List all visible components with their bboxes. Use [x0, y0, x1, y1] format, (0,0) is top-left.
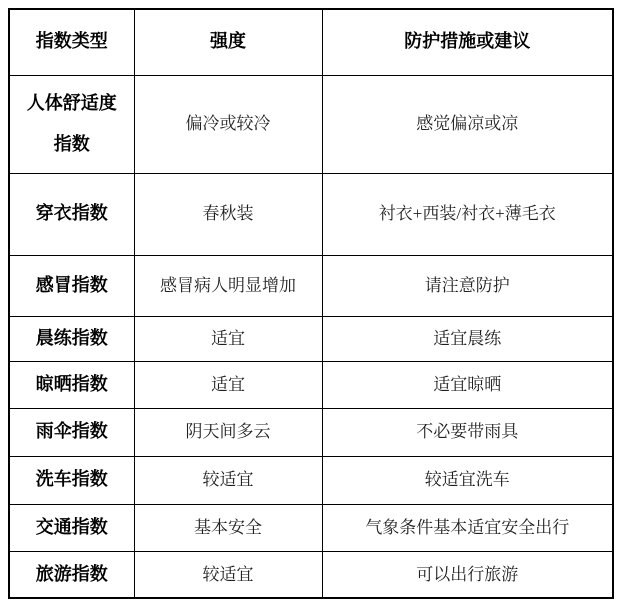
table-row: 晨练指数适宜适宜晨练 [9, 316, 613, 361]
advice-cell: 可以出行旅游 [322, 551, 613, 598]
strength-cell: 较适宜 [134, 456, 322, 504]
strength-cell: 春秋装 [134, 173, 322, 255]
index-type-cell: 雨伞指数 [9, 408, 134, 456]
index-type-cell: 穿衣指数 [9, 173, 134, 255]
table-row: 洗车指数较适宜较适宜洗车 [9, 456, 613, 504]
header-strength: 强度 [134, 9, 322, 75]
table-row: 旅游指数较适宜可以出行旅游 [9, 551, 613, 598]
index-type-cell: 交通指数 [9, 504, 134, 551]
index-type-cell: 旅游指数 [9, 551, 134, 598]
strength-cell: 阴天间多云 [134, 408, 322, 456]
advice-cell: 适宜晨练 [322, 316, 613, 361]
advice-cell: 适宜晾晒 [322, 361, 613, 408]
advice-cell: 较适宜洗车 [322, 456, 613, 504]
index-type-cell: 晨练指数 [9, 316, 134, 361]
index-type-cell: 洗车指数 [9, 456, 134, 504]
table-row: 交通指数基本安全气象条件基本适宜安全出行 [9, 504, 613, 551]
advice-cell: 衬衣+西装/衬衣+薄毛衣 [322, 173, 613, 255]
strength-cell: 偏冷或较冷 [134, 75, 322, 173]
table-row: 晾晒指数适宜适宜晾晒 [9, 361, 613, 408]
table-row: 雨伞指数阴天间多云不必要带雨具 [9, 408, 613, 456]
table-row: 人体舒适度指数偏冷或较冷感觉偏凉或凉 [9, 75, 613, 173]
strength-cell: 较适宜 [134, 551, 322, 598]
strength-cell: 基本安全 [134, 504, 322, 551]
table-row: 感冒指数感冒病人明显增加请注意防护 [9, 255, 613, 316]
advice-cell: 感觉偏凉或凉 [322, 75, 613, 173]
table-header-row: 指数类型 强度 防护措施或建议 [9, 9, 613, 75]
advice-cell: 气象条件基本适宜安全出行 [322, 504, 613, 551]
index-type-cell: 感冒指数 [9, 255, 134, 316]
strength-cell: 感冒病人明显增加 [134, 255, 322, 316]
table-body: 人体舒适度指数偏冷或较冷感觉偏凉或凉穿衣指数春秋装衬衣+西装/衬衣+薄毛衣感冒指… [9, 75, 613, 598]
advice-cell: 不必要带雨具 [322, 408, 613, 456]
weather-index-table-container: 指数类型 强度 防护措施或建议 人体舒适度指数偏冷或较冷感觉偏凉或凉穿衣指数春秋… [8, 8, 614, 599]
header-index-type: 指数类型 [9, 9, 134, 75]
strength-cell: 适宜 [134, 361, 322, 408]
index-type-cell: 人体舒适度指数 [9, 75, 134, 173]
header-advice: 防护措施或建议 [322, 9, 613, 75]
index-type-cell: 晾晒指数 [9, 361, 134, 408]
weather-index-table: 指数类型 强度 防护措施或建议 人体舒适度指数偏冷或较冷感觉偏凉或凉穿衣指数春秋… [8, 8, 614, 599]
table-row: 穿衣指数春秋装衬衣+西装/衬衣+薄毛衣 [9, 173, 613, 255]
advice-cell: 请注意防护 [322, 255, 613, 316]
strength-cell: 适宜 [134, 316, 322, 361]
